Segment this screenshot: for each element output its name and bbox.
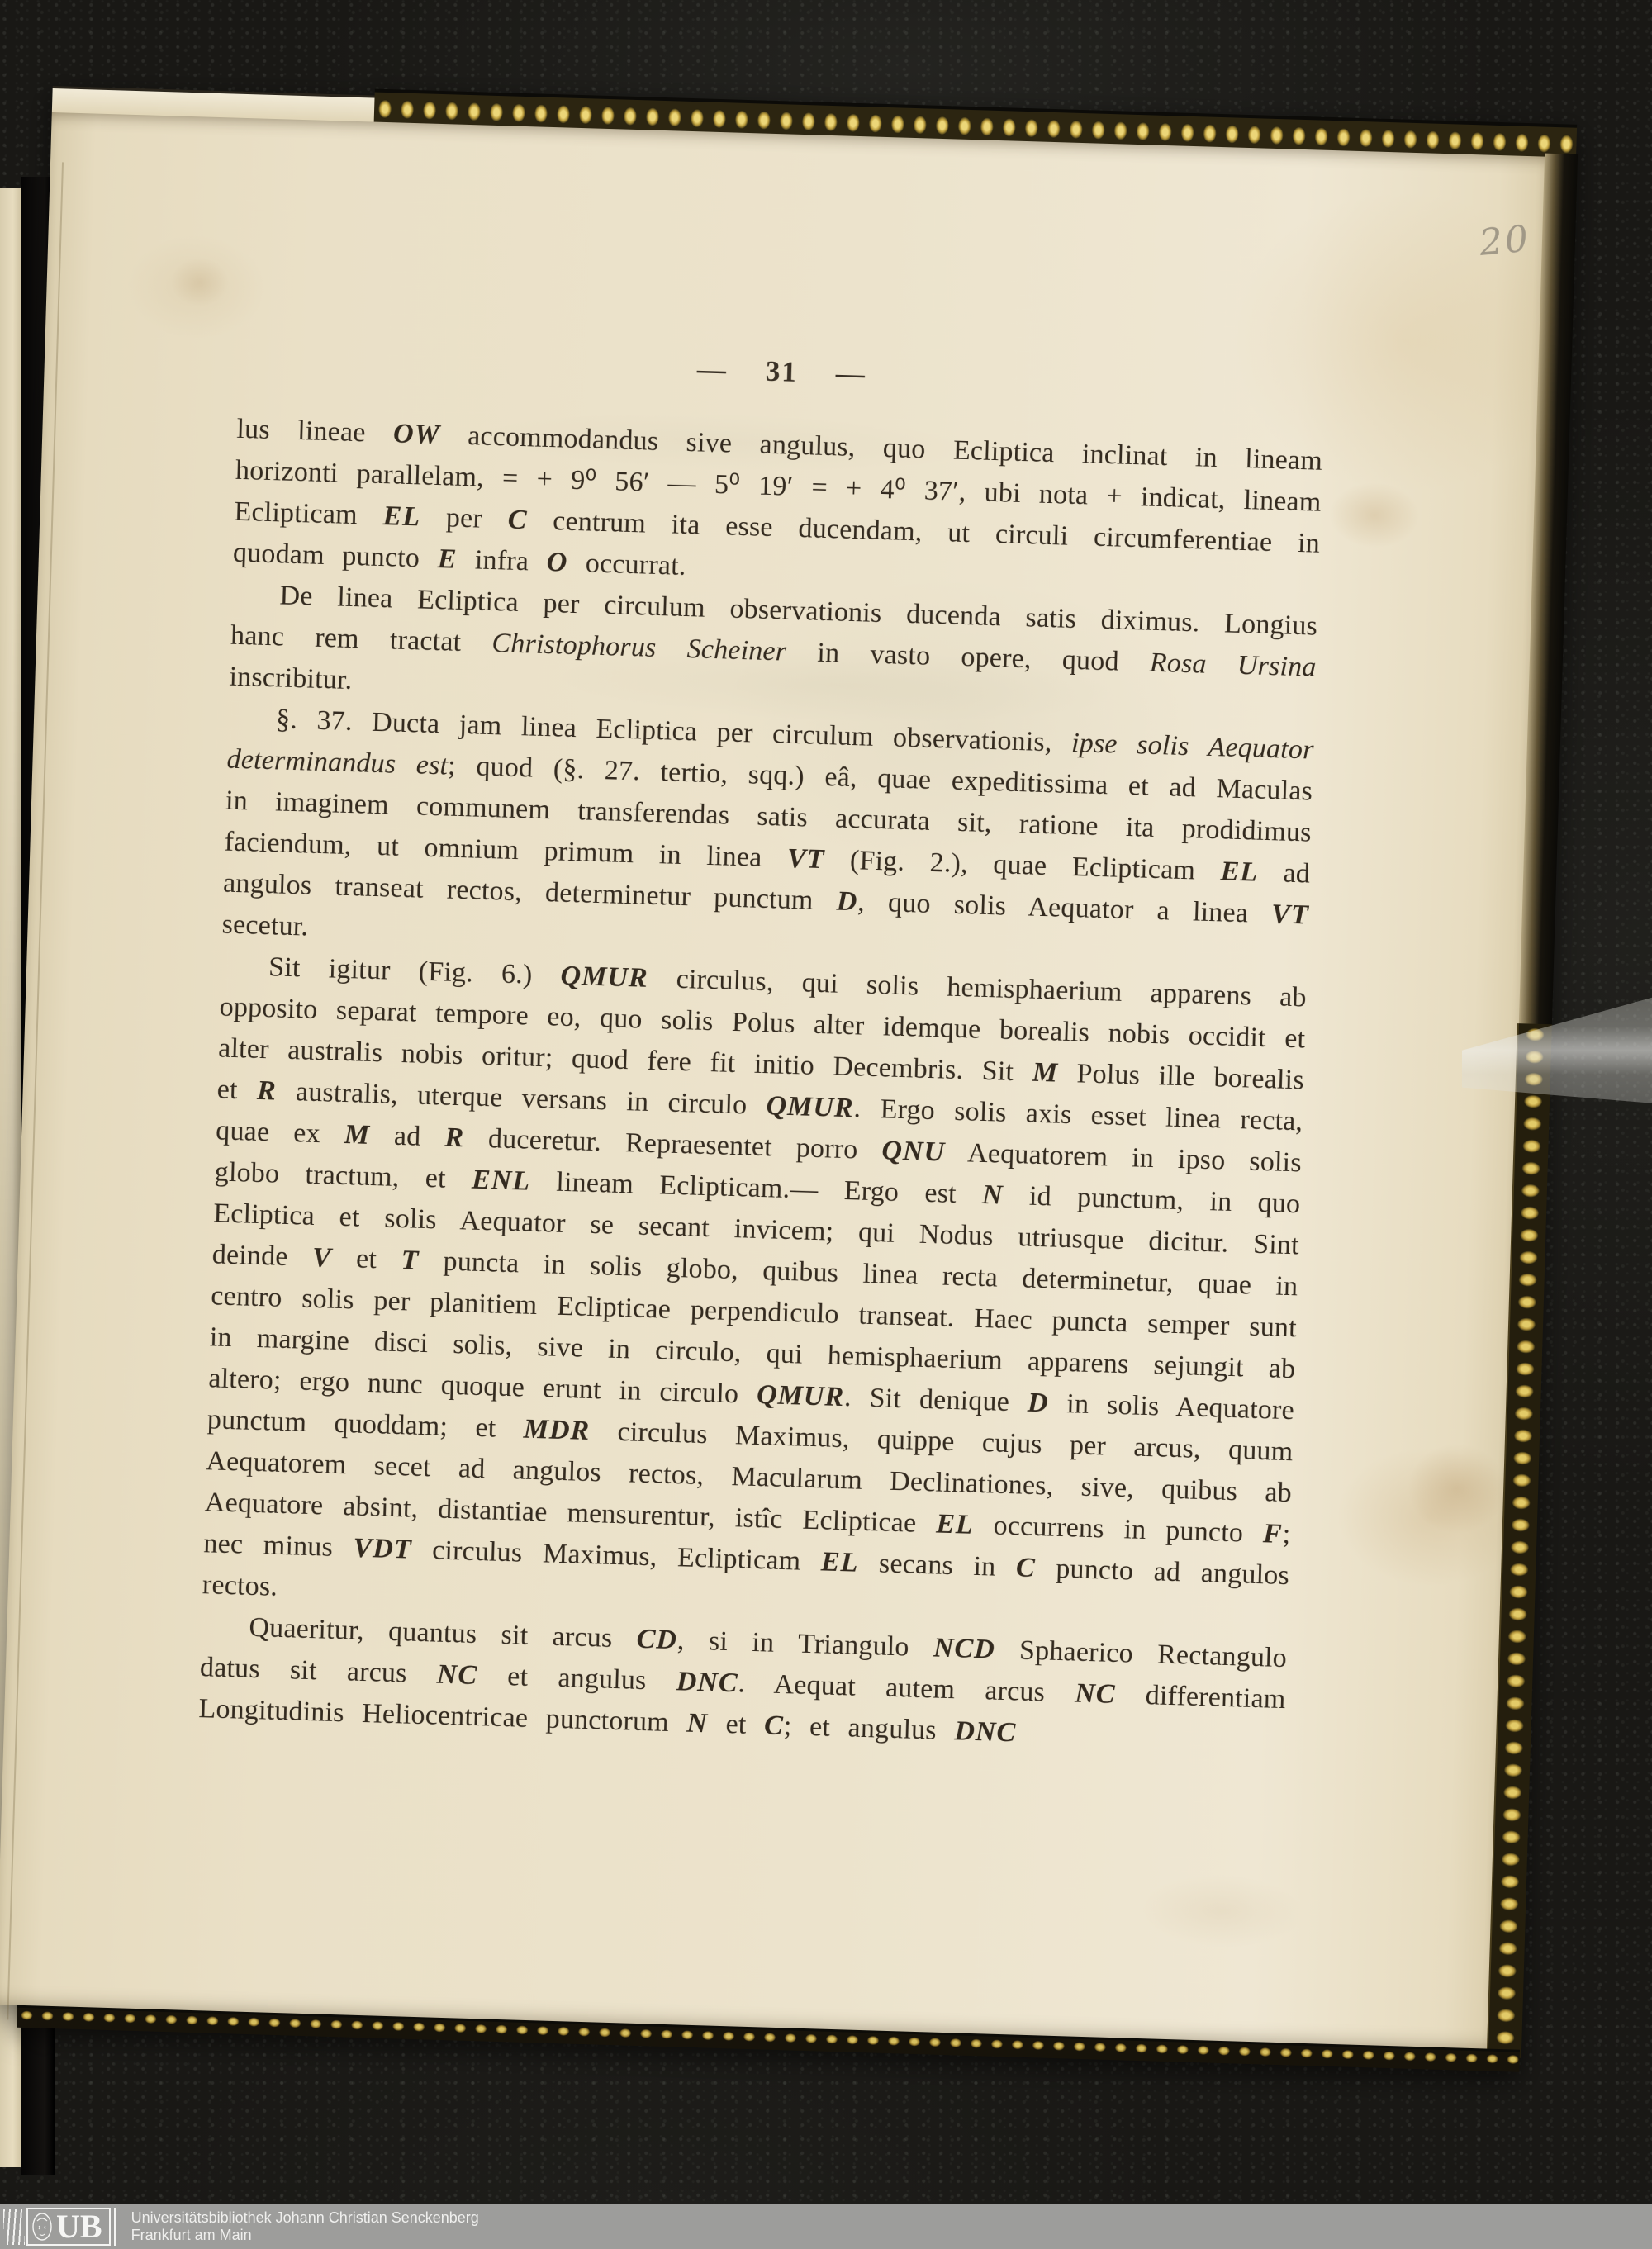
text-segment: VT: [1271, 899, 1310, 930]
text-segment: secetur.: [221, 909, 309, 942]
text-segment: N: [982, 1179, 1004, 1211]
page-number-value: 31: [765, 355, 798, 389]
text-segment: DNC: [954, 1715, 1017, 1748]
text-segment: (Fig. 2.), quae Eclipticam: [824, 844, 1221, 886]
paragraph: §. 37. Ducta jam linea Ecliptica per cir…: [221, 698, 1314, 978]
text-segment: duceretur. Repraesentet porro: [464, 1122, 882, 1165]
page-number: — 31 —: [239, 339, 1326, 405]
text-segment: D: [1027, 1388, 1049, 1419]
text-segment: in vasto opere, quod: [786, 637, 1151, 678]
text-segment: occurrat.: [567, 548, 686, 581]
text-segment: VDT: [353, 1533, 412, 1565]
text-segment: MDR: [523, 1414, 591, 1446]
text-segment: QNU: [881, 1135, 946, 1167]
text-segment: QMUR: [766, 1090, 854, 1123]
text-segment: T: [401, 1245, 420, 1276]
foxing-stain: [1328, 481, 1421, 549]
handwritten-folio-number: 20: [1478, 217, 1532, 264]
text-segment: F: [1263, 1518, 1284, 1549]
text-segment: C: [764, 1710, 785, 1741]
text-segment: EL: [1220, 856, 1259, 887]
text-segment: OW: [392, 418, 440, 450]
text-segment: occurrens in puncto: [973, 1510, 1263, 1549]
text-segment: per: [420, 501, 509, 534]
text-segment: VT: [786, 843, 825, 875]
text-segment: Quaeritur, quantus sit arcus: [249, 1612, 637, 1654]
text-segment: EL: [382, 501, 421, 532]
text-segment: DNC: [676, 1666, 738, 1698]
logo-divider: [114, 2208, 116, 2246]
text-segment: C: [1015, 1552, 1036, 1583]
text-segment: M: [1032, 1057, 1058, 1089]
text-segment: lus lineae: [236, 414, 394, 449]
text-segment: australis, uterque versans in circulo: [276, 1076, 767, 1122]
text-segment: R: [257, 1075, 278, 1107]
ub-logo-text: UB: [56, 2210, 102, 2243]
page-number-dash: —: [835, 357, 866, 391]
text-segment: et angulus: [477, 1660, 677, 1696]
text-segment: NCD: [933, 1632, 995, 1664]
text-segment: EL: [936, 1509, 975, 1540]
library-watermark-banner: UB Universitätsbibliothek Johann Christi…: [0, 2204, 1652, 2249]
text-segment: infra: [457, 544, 547, 577]
text-segment: ad: [369, 1120, 445, 1153]
text-segment: N: [686, 1708, 709, 1739]
text-segment: NC: [436, 1659, 477, 1691]
book-page: 20 — 31 — lus lineae OW accommodandus si…: [0, 112, 1545, 2049]
text-segment: O: [546, 547, 568, 578]
goethe-portrait-icon: [30, 2209, 55, 2244]
text-segment: C: [507, 505, 528, 536]
text-segment: EL: [820, 1546, 859, 1578]
paragraph: lus lineae OW accommodandus sive angulus…: [232, 409, 1322, 606]
text-segment: ; et angulus: [783, 1710, 955, 1746]
text-segment: Rosa Ursina: [1149, 648, 1317, 683]
text-block: lus lineae OW accommodandus sive angulus…: [198, 409, 1323, 1762]
text-segment: ENL: [472, 1165, 531, 1197]
text-segment: , quo solis Aequator a linea: [857, 886, 1272, 929]
text-segment: et: [331, 1243, 401, 1275]
text-segment: NC: [1075, 1678, 1116, 1710]
text-segment: inscribitur.: [229, 662, 353, 695]
text-segment: R: [444, 1122, 465, 1154]
text-segment: circulus Maximus, Eclipticam: [411, 1535, 822, 1578]
text-segment: V: [312, 1242, 333, 1274]
foxing-stain: [1138, 1872, 1306, 1951]
text-segment: CD: [636, 1624, 677, 1655]
page-number-dash: —: [696, 353, 728, 387]
library-name: Universitätsbibliothek Johann Christian …: [131, 2209, 479, 2227]
text-segment: Sit igitur (Fig. 6.): [268, 951, 561, 990]
text-segment: D: [836, 886, 858, 918]
text-segment: secans in: [858, 1548, 1017, 1583]
text-segment: E: [437, 543, 458, 575]
foxing-stain: [170, 256, 230, 307]
text-segment: Christophorus Scheiner: [491, 628, 787, 667]
library-city: Frankfurt am Main: [131, 2227, 479, 2244]
book-spines-icon: [3, 2209, 25, 2245]
foxing-stain: [1407, 1441, 1508, 1535]
ub-logo-box: UB: [26, 2208, 111, 2246]
text-segment: M: [344, 1119, 370, 1151]
paragraph: Sit igitur (Fig. 6.) QMUR circulus, qui …: [202, 946, 1307, 1639]
text-segment: . Aequat autem arcus: [738, 1668, 1075, 1708]
ub-logo: UB: [3, 2208, 116, 2246]
text-segment: , si in Triangulo: [676, 1625, 933, 1663]
scanned-book-page: 20 — 31 — lus lineae OW accommodandus si…: [0, 79, 1577, 2073]
text-segment: QMUR: [560, 961, 648, 994]
text-segment: . Sit denique: [844, 1382, 1028, 1418]
text-segment: et: [707, 1708, 764, 1740]
text-segment: lineam Eclipticam.— Ergo est: [529, 1166, 982, 1210]
text-segment: QMUR: [757, 1379, 845, 1412]
library-attribution: Universitätsbibliothek Johann Christian …: [131, 2209, 479, 2244]
